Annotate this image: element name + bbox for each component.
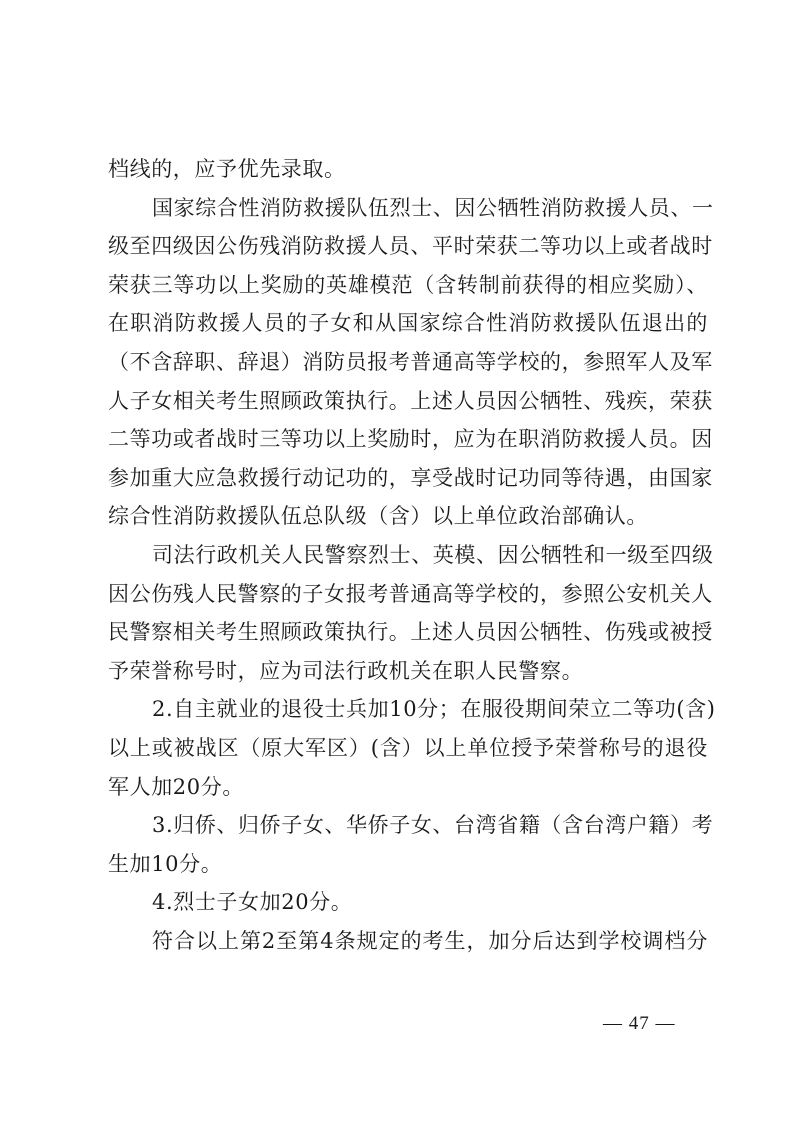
paragraph-summary: 符合以上第2至第4条规定的考生，加分后达到学校调档分 bbox=[108, 922, 708, 961]
paragraph-item-3: 3.归侨、归侨子女、华侨子女、台湾省籍（含台湾户籍）考 生加10分。 bbox=[108, 806, 708, 883]
text-line: 予荣誉称号时，应为司法行政机关在职人民警察。 bbox=[108, 652, 708, 691]
text-line: 司法行政机关人民警察烈士、英模、因公牺牲和一级至四级 bbox=[108, 536, 708, 575]
paragraph: 档线的，应予优先录取。 bbox=[108, 150, 708, 189]
paragraph-item-2: 2.自主就业的退役士兵加10分；在服役期间荣立二等功(含) 以上或被战区（原大军… bbox=[108, 690, 708, 806]
document-page: 档线的，应予优先录取。 国家综合性消防救援队伍烈士、因公牺牲消防救援人员、一 级… bbox=[108, 150, 708, 960]
text-line: 4.烈士子女加20分。 bbox=[108, 883, 708, 922]
text-line: 民警察相关考生照顾政策执行。上述人员因公牺牲、伤残或被授 bbox=[108, 613, 708, 652]
paragraph-fire-rescue-policy: 国家综合性消防救援队伍烈士、因公牺牲消防救援人员、一 级至四级因公伤残消防救援人… bbox=[108, 189, 708, 536]
text-line: 荣获三等功以上奖励的英雄模范（含转制前获得的相应奖励）、 bbox=[108, 266, 708, 305]
text-line: 级至四级因公伤残消防救援人员、平时荣获二等功以上或者战时 bbox=[108, 227, 708, 266]
text-line: 符合以上第2至第4条规定的考生，加分后达到学校调档分 bbox=[108, 922, 708, 961]
text-line: 在职消防救援人员的子女和从国家综合性消防救援队伍退出的 bbox=[108, 304, 708, 343]
paragraph-item-4: 4.烈士子女加20分。 bbox=[108, 883, 708, 922]
text-line: 2.自主就业的退役士兵加10分；在服役期间荣立二等功(含) bbox=[108, 690, 708, 729]
text-line: 军人加20分。 bbox=[108, 768, 708, 807]
text-line: 二等功或者战时三等功以上奖励时，应为在职消防救援人员。因 bbox=[108, 420, 708, 459]
text-line: 3.归侨、归侨子女、华侨子女、台湾省籍（含台湾户籍）考 bbox=[108, 806, 708, 845]
text-line: 档线的，应予优先录取。 bbox=[108, 150, 708, 189]
text-line: 因公伤残人民警察的子女报考普通高等学校的，参照公安机关人 bbox=[108, 575, 708, 614]
page-number: — 47 — bbox=[603, 1013, 676, 1035]
text-line: （不含辞职、辞退）消防员报考普通高等学校的，参照军人及军 bbox=[108, 343, 708, 382]
text-line: 参加重大应急救援行动记功的，享受战时记功同等待遇，由国家 bbox=[108, 459, 708, 498]
text-line: 综合性消防救援队伍总队级（含）以上单位政治部确认。 bbox=[108, 497, 708, 536]
paragraph-judicial-police-policy: 司法行政机关人民警察烈士、英模、因公牺牲和一级至四级 因公伤残人民警察的子女报考… bbox=[108, 536, 708, 690]
text-line: 国家综合性消防救援队伍烈士、因公牺牲消防救援人员、一 bbox=[108, 189, 708, 228]
text-line: 生加10分。 bbox=[108, 845, 708, 884]
text-line: 以上或被战区（原大军区）(含）以上单位授予荣誉称号的退役 bbox=[108, 729, 708, 768]
text-line: 人子女相关考生照顾政策执行。上述人员因公牺牲、残疾，荣获 bbox=[108, 382, 708, 421]
